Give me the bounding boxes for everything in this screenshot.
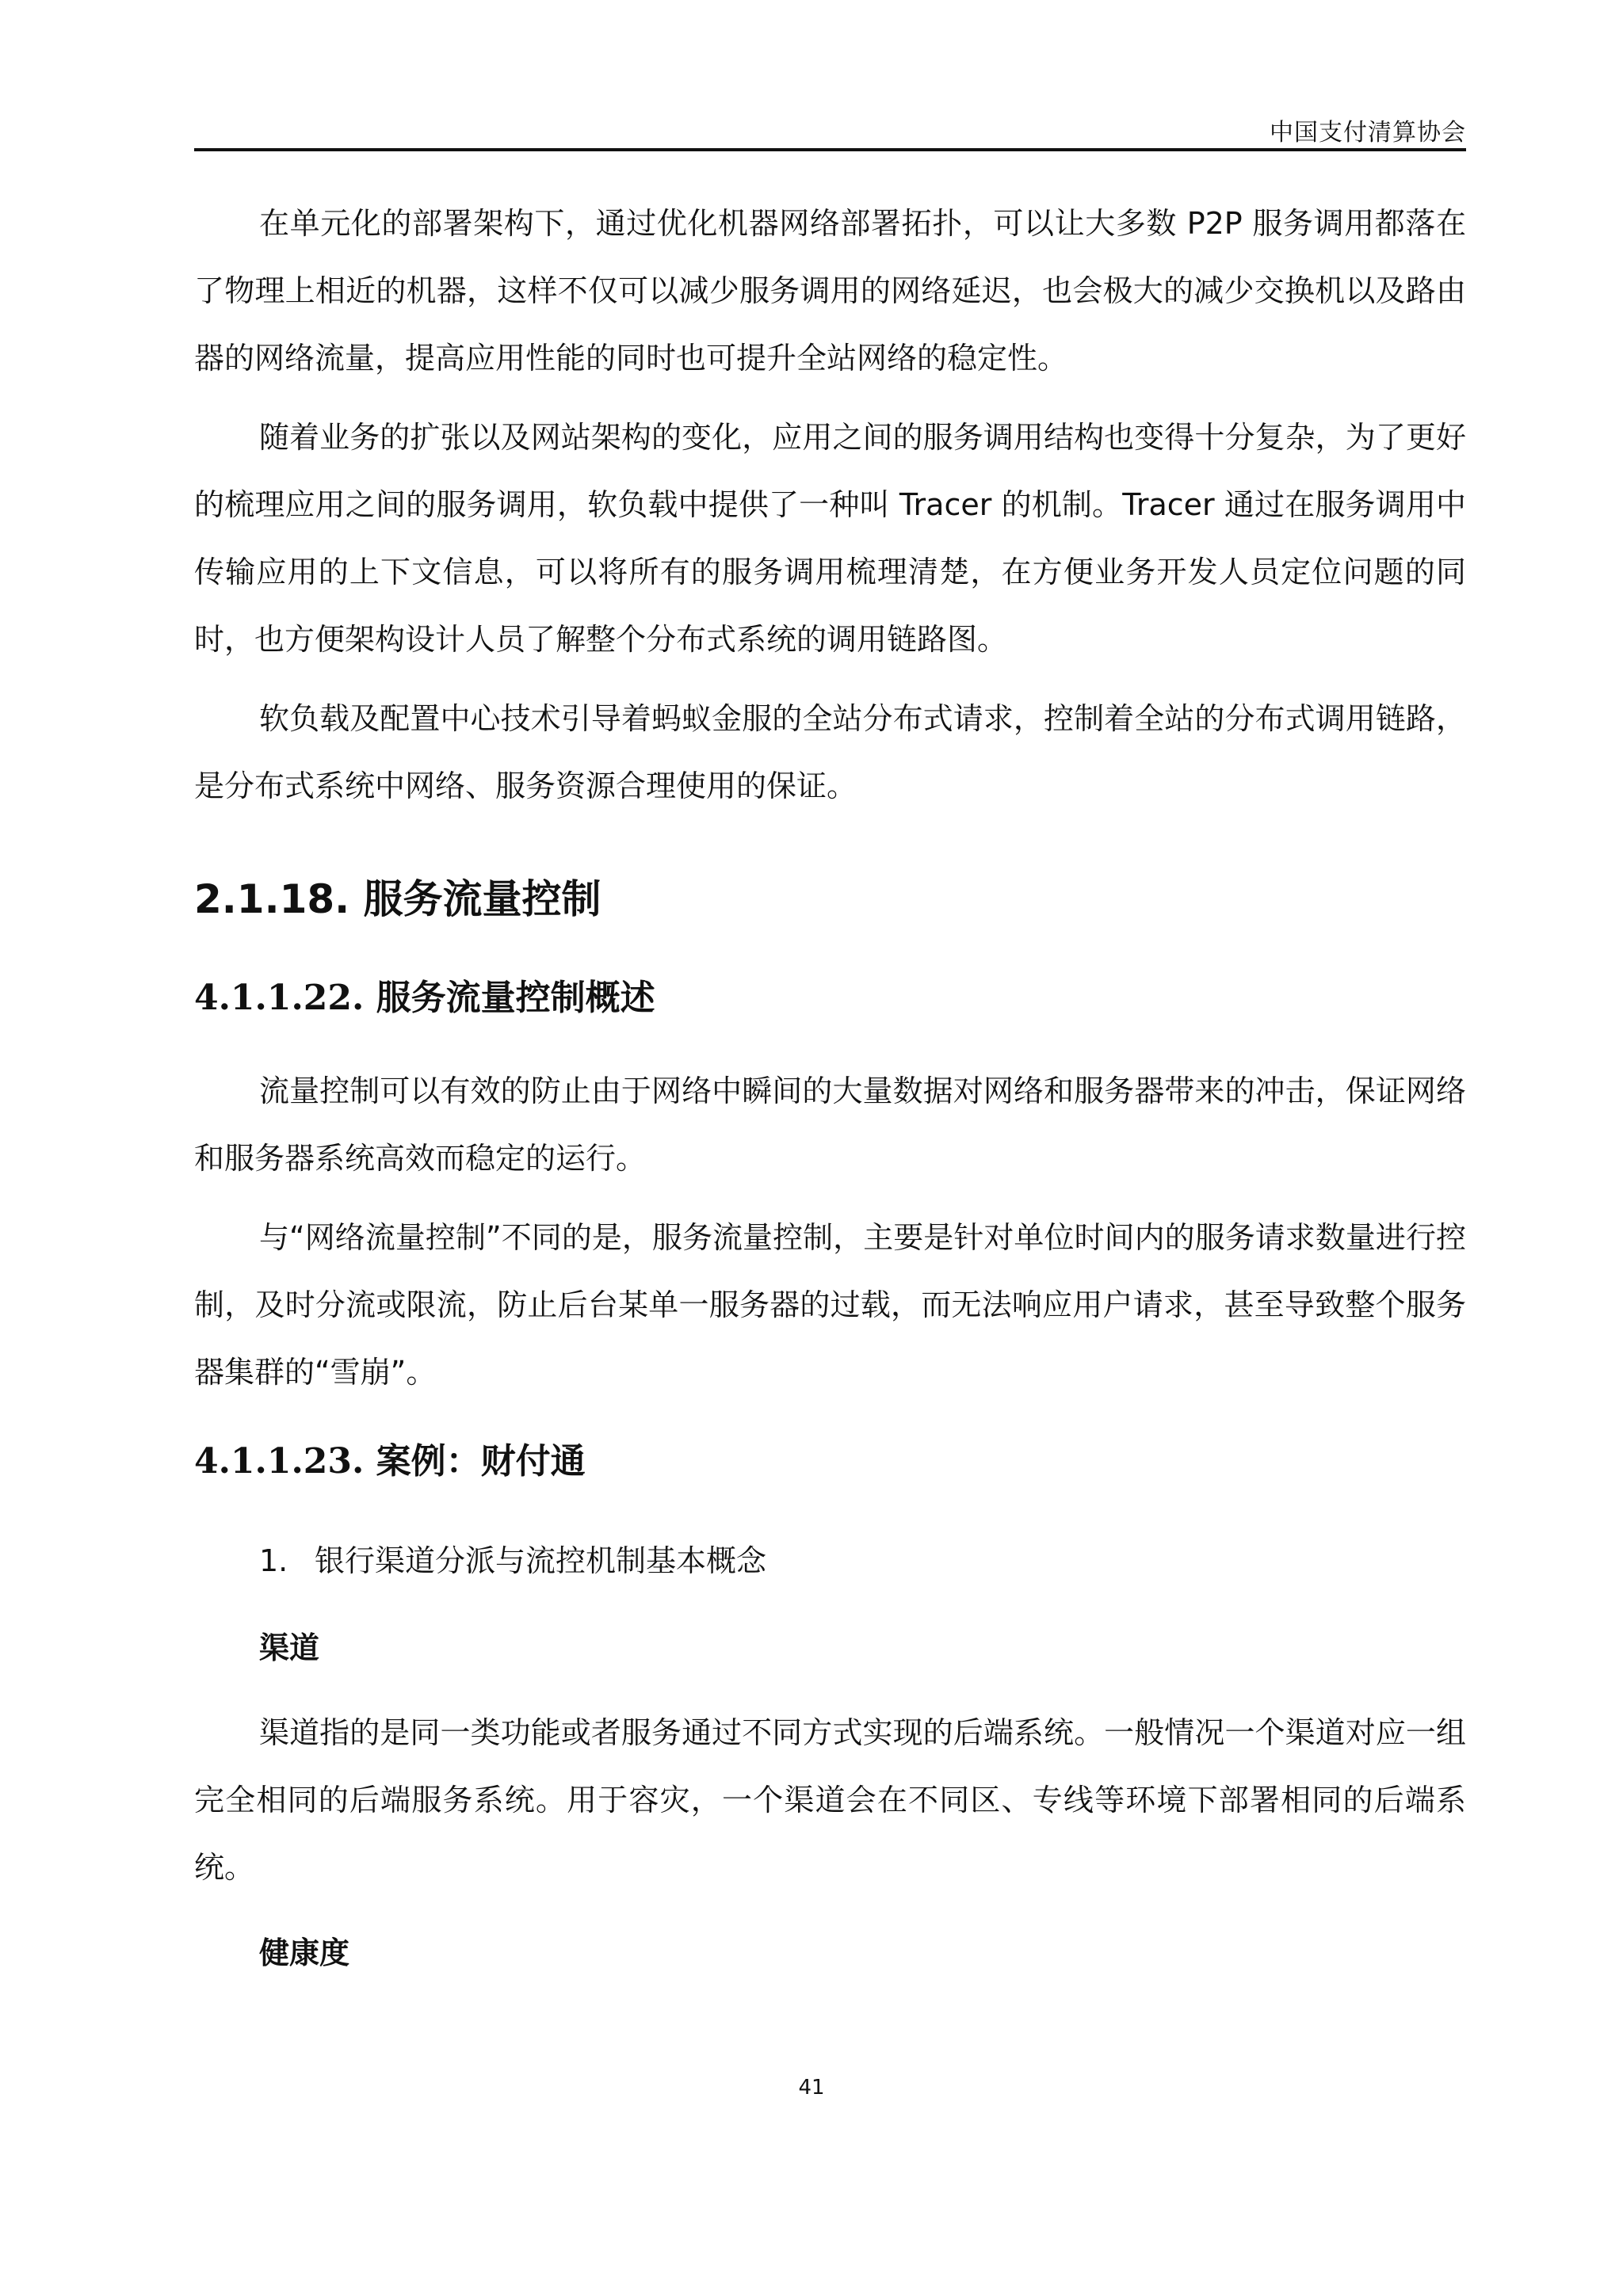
list-item-text: 银行渠道分派与流控机制基本概念 xyxy=(315,1543,766,1578)
page-content: 在单元化的部署架构下，通过优化机器网络部署拓扑，可以让大多数 P2P 服务调用都… xyxy=(194,190,1466,2004)
section-heading: 2.1.18. 服务流量控制 xyxy=(194,852,1466,947)
list-item: 1.银行渠道分派与流控机制基本概念 xyxy=(194,1521,1466,1600)
subsection-heading-case: 4.1.1.23. 案例：财付通 xyxy=(194,1418,1466,1505)
list-item-number: 1. xyxy=(259,1521,315,1600)
paragraph: 软负载及配置中心技术引导着蚂蚁金服的全站分布式请求，控制着全站的分布式调用链路，… xyxy=(194,685,1466,820)
subsection-heading-overview: 4.1.1.22. 服务流量控制概述 xyxy=(194,955,1466,1042)
paragraph: 在单元化的部署架构下，通过优化机器网络部署拓扑，可以让大多数 P2P 服务调用都… xyxy=(194,190,1466,392)
paragraph: 流量控制可以有效的防止由于网络中瞬间的大量数据对网络和服务器带来的冲击，保证网络… xyxy=(194,1058,1466,1192)
header-org-name: 中国支付清算协会 xyxy=(1270,113,1466,147)
term-heading-health: 健康度 xyxy=(194,1913,1466,1993)
paragraph: 与“网络流量控制”不同的是，服务流量控制，主要是针对单位时间内的服务请求数量进行… xyxy=(194,1204,1466,1406)
paragraph: 随着业务的扩张以及网站架构的变化，应用之间的服务调用结构也变得十分复杂，为了更好… xyxy=(194,404,1466,673)
page-number: 41 xyxy=(0,2076,1623,2100)
paragraph: 渠道指的是同一类功能或者服务通过不同方式实现的后端系统。一般情况一个渠道对应一组… xyxy=(194,1699,1466,1901)
header-divider xyxy=(194,148,1466,151)
term-heading-channel: 渠道 xyxy=(194,1608,1466,1688)
